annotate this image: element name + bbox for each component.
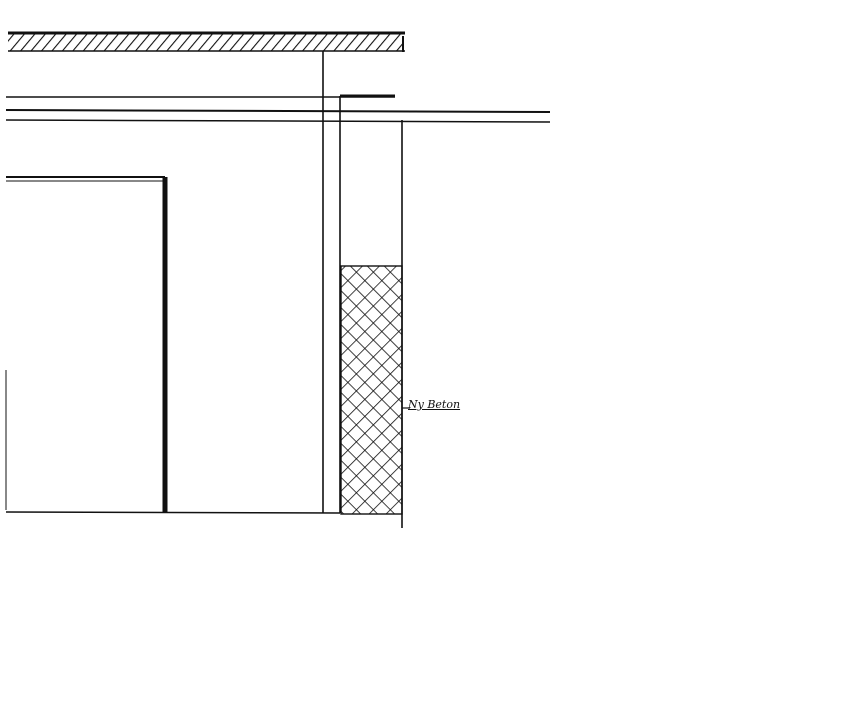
rails	[6, 96, 550, 122]
left-room	[6, 177, 340, 513]
new-concrete-block	[341, 266, 410, 514]
annotation-new-concrete: Ny Beton	[408, 398, 460, 411]
technical-drawing	[0, 0, 852, 711]
top-slab	[8, 33, 405, 52]
